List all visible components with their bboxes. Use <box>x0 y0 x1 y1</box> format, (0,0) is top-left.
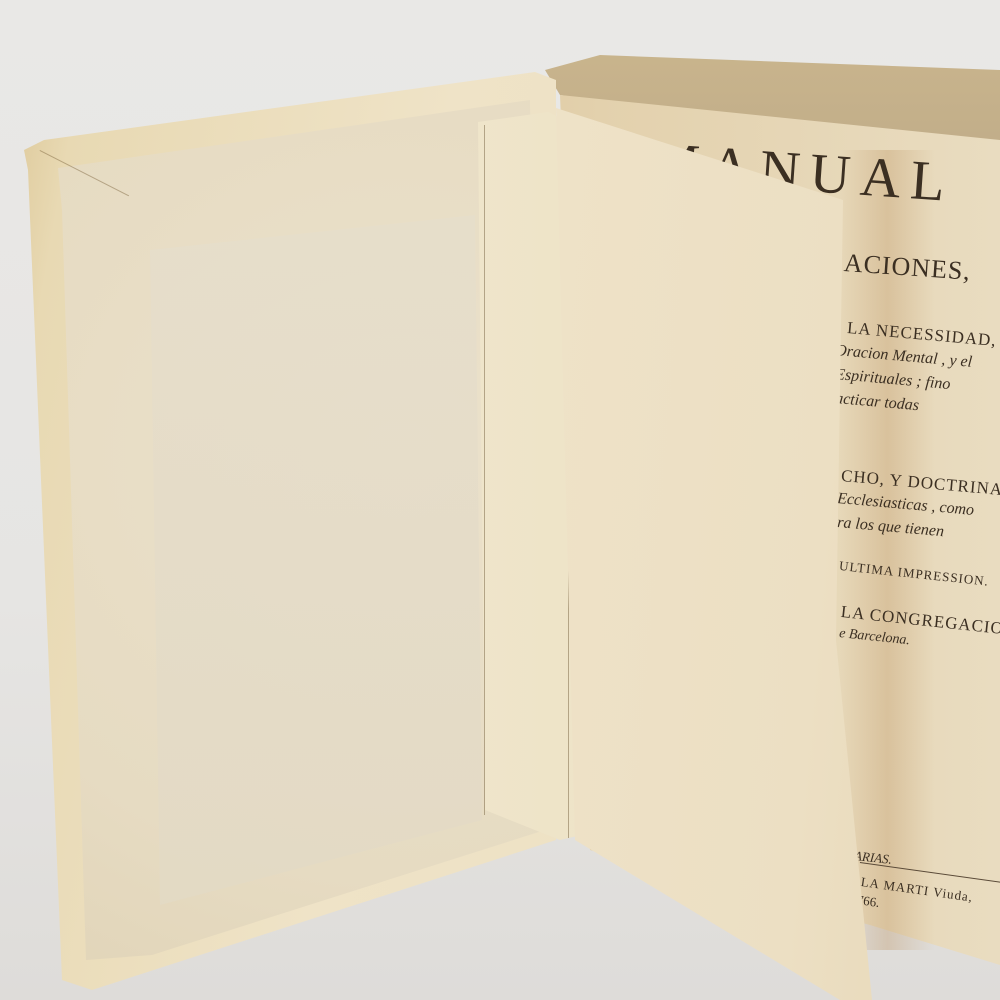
book-photo: MANUAL ACIONES, LA NECESSIDAD, Oracion M… <box>0 0 1000 1000</box>
hinge-edge <box>484 125 485 815</box>
